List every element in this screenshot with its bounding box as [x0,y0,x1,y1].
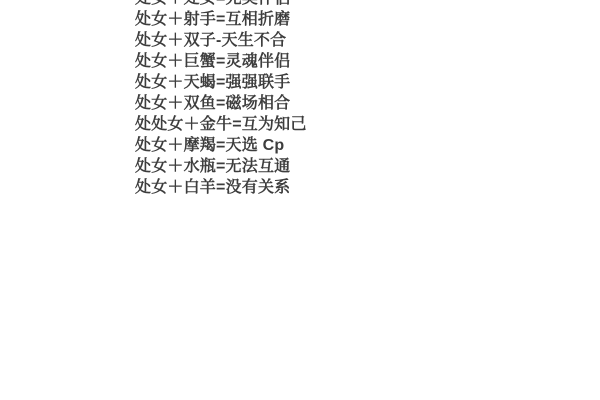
compatibility-line-virgo-aries: 处女＋白羊=没有关系 [135,177,307,198]
compatibility-line-virgo-cancer: 处女＋巨蟹=灵魂伴侣 [135,51,307,72]
zodiac-compatibility-list: 处女＋处女=完美伴侣 处女＋射手=互相折磨 处女＋双子-天生不合 处女＋巨蟹=灵… [135,0,307,198]
compatibility-line-virgo-scorpio: 处女＋天蝎=强强联手 [135,72,307,93]
compatibility-line-virgo-pisces: 处女＋双鱼=磁场相合 [135,93,307,114]
compatibility-line-virgo-sagittarius: 处女＋射手=互相折磨 [135,9,307,30]
compatibility-line-virgo-gemini: 处女＋双子-天生不合 [135,30,307,51]
compatibility-line-virgo-capricorn: 处女＋摩羯=天选 Cp [135,135,307,156]
page: 处女＋处女=完美伴侣 处女＋射手=互相折磨 处女＋双子-天生不合 处女＋巨蟹=灵… [0,0,600,400]
compatibility-line-virgo-taurus: 处处女＋金牛=互为知己 [135,114,307,135]
compatibility-line-virgo-aquarius: 处女＋水瓶=无法互通 [135,156,307,177]
compatibility-line-virgo-virgo: 处女＋处女=完美伴侣 [135,0,307,9]
